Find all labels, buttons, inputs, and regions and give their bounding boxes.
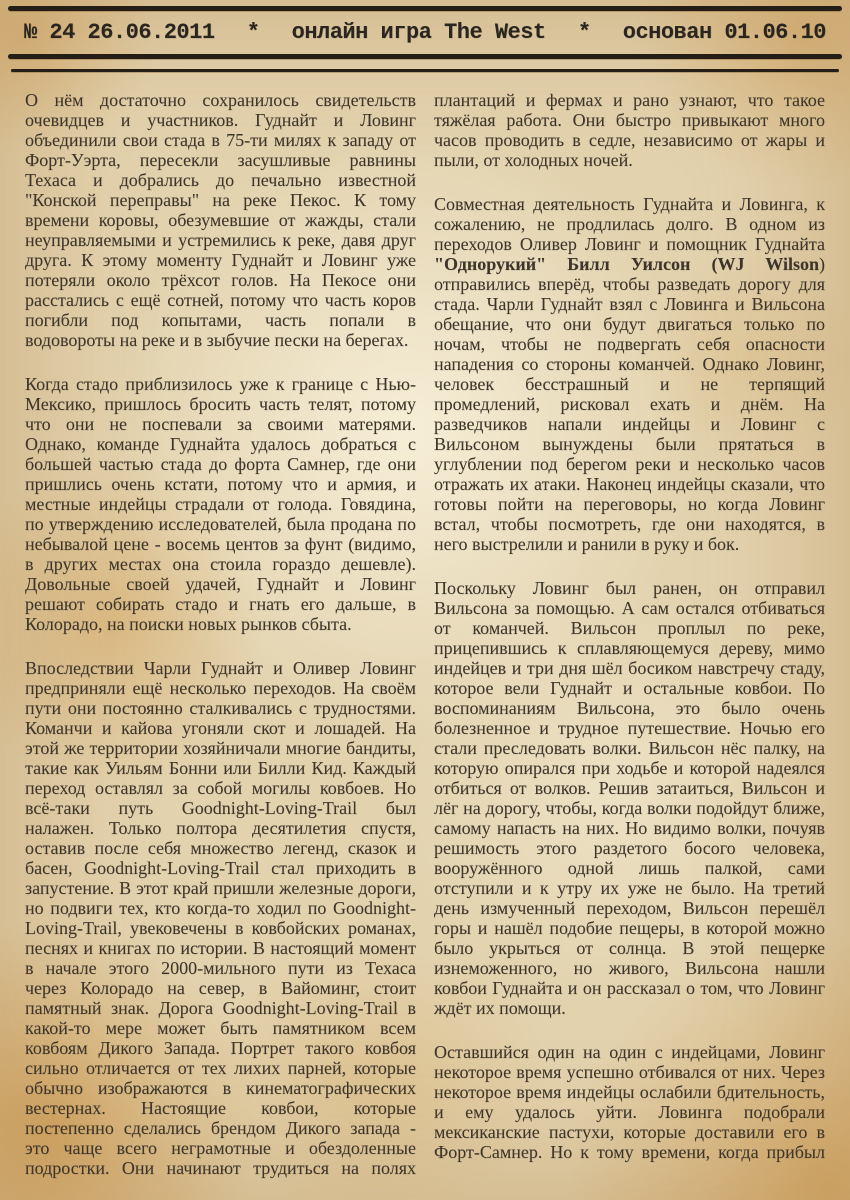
masthead-top-rule — [8, 6, 842, 11]
text-run: Поскольку Ловинг был ранен, он отправил … — [434, 578, 825, 1018]
masthead-text-row: № 24 26.06.2011 * онлайн игра The West *… — [24, 20, 826, 45]
newspaper-page: № 24 26.06.2011 * онлайн игра The West *… — [0, 0, 850, 1200]
newspaper-title: онлайн игра The West — [292, 20, 546, 45]
founded-date: основан 01.06.10 — [623, 20, 826, 45]
masthead-mid-rule — [8, 54, 842, 59]
bold-text-run: "Однорукий" Билл Уилсон (WJ Wilson — [434, 254, 819, 274]
text-run: О нём достаточно сохранилось свидетельст… — [25, 90, 416, 350]
masthead: № 24 26.06.2011 * онлайн игра The West *… — [0, 0, 850, 72]
article: О нём достаточно сохранилось свидетельст… — [25, 90, 825, 1180]
article-paragraph: О нём достаточно сохранилось свидетельст… — [25, 90, 416, 350]
issue-number-date: № 24 26.06.2011 — [24, 20, 215, 45]
text-run: ) отправились вперёд, чтобы разведать до… — [434, 254, 825, 554]
article-paragraph: Поскольку Ловинг был ранен, он отправил … — [434, 578, 825, 1018]
article-paragraph: Совместная деятельность Гуднайта и Ловин… — [434, 194, 825, 554]
masthead-thin-rule — [11, 69, 839, 72]
text-run: Когда стадо приблизилось уже к границе с… — [25, 374, 416, 634]
star-separator-right: * — [578, 20, 591, 45]
article-paragraph: Когда стадо приблизилось уже к границе с… — [25, 374, 416, 634]
star-separator-left: * — [247, 20, 260, 45]
text-run: Совместная деятельность Гуднайта и Ловин… — [434, 194, 825, 254]
